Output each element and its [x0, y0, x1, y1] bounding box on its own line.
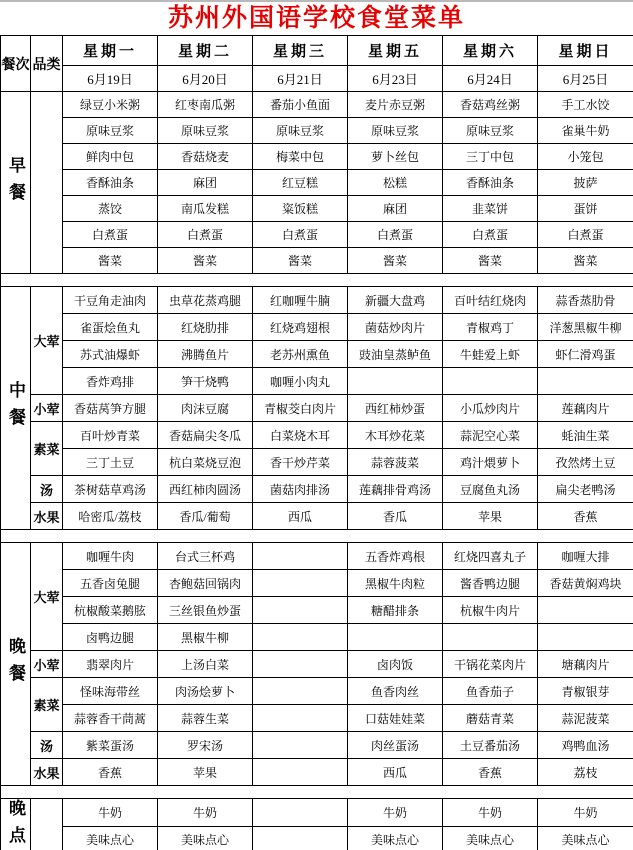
page-title: 苏州外国语学校食堂菜单: [0, 0, 633, 35]
menu-cell: [253, 651, 348, 678]
menu-cell: 蒜蓉生菜: [158, 705, 253, 732]
menu-cell: 香瓜/葡萄: [158, 503, 253, 530]
menu-cell: 蛋饼: [538, 196, 633, 222]
menu-cell: 菌菇炒肉片: [348, 314, 443, 341]
weekday-header: 星期二: [158, 36, 253, 66]
menu-cell: 香菇烧麦: [158, 144, 253, 170]
menu-cell: 新疆大盘鸡: [348, 287, 443, 314]
menu-cell: 原味豆浆: [443, 118, 538, 144]
menu-cell: 蒜蓉菠菜: [348, 449, 443, 476]
menu-cell: 三丝银鱼炒蛋: [158, 597, 253, 624]
menu-cell: 杭椒酸菜鹅胘: [63, 597, 158, 624]
menu-cell: 虾仁滑鸡蛋: [538, 341, 633, 368]
menu-cell: [348, 624, 443, 651]
date-header: 6月25日: [538, 66, 633, 92]
menu-cell: 香菇黄焖鸡块: [538, 570, 633, 597]
menu-cell: 百叶结红烧肉: [443, 287, 538, 314]
menu-cell: 酱菜: [63, 248, 158, 274]
category-label-veg: 素菜: [31, 678, 63, 732]
category-label-soup: 汤: [31, 732, 63, 759]
menu-cell: [253, 678, 348, 705]
menu-cell: 牛奶: [538, 799, 633, 827]
menu-cell: 手工水饺: [538, 92, 633, 118]
date-header: 6月20日: [158, 66, 253, 92]
menu-cell: 西瓜: [253, 503, 348, 530]
menu-cell: 青椒银芽: [538, 678, 633, 705]
menu-cell: 五香卤兔腿: [63, 570, 158, 597]
menu-cell: 塘藕肉片: [538, 651, 633, 678]
menu-cell: 香干炒芹菜: [253, 449, 348, 476]
menu-cell: 酱菜: [443, 248, 538, 274]
menu-cell: 笋干烧鸭: [158, 368, 253, 395]
menu-cell: 鱼香肉丝: [348, 678, 443, 705]
category-label-minor: 小荤: [31, 651, 63, 678]
menu-cell: 鱼香茄子: [443, 678, 538, 705]
menu-cell: 原味豆浆: [63, 118, 158, 144]
menu-cell: 粢饭糕: [253, 196, 348, 222]
menu-cell: 白煮蛋: [538, 222, 633, 248]
menu-cell: 五香炸鸡根: [348, 543, 443, 570]
menu-cell: 怪味海带丝: [63, 678, 158, 705]
menu-cell: 雀蛋烩鱼丸: [63, 314, 158, 341]
menu-cell: 披萨: [538, 170, 633, 196]
category-empty: [31, 799, 63, 850]
category-label-veg: 素菜: [31, 422, 63, 476]
menu-cell: 西红柿炒蛋: [348, 395, 443, 422]
menu-cell: 卤鸭边腿: [63, 624, 158, 651]
meal-label-dinner: 晚餐: [1, 543, 31, 786]
menu-cell: 台式三杯鸡: [158, 543, 253, 570]
category-label-main: 大荤: [31, 287, 63, 395]
menu-cell: 香菇鸡丝粥: [443, 92, 538, 118]
menu-cell: 绿豆小米粥: [63, 92, 158, 118]
menu-cell: 蒜蓉香干茼蒿: [63, 705, 158, 732]
menu-cell: 肉丝蛋汤: [348, 732, 443, 759]
menu-cell: 三丁中包: [443, 144, 538, 170]
meal-label-lunch: 中餐: [1, 287, 31, 530]
menu-cell: 黑椒牛肉粒: [348, 570, 443, 597]
weekday-header: 星期一: [63, 36, 158, 66]
dinner-row: 水果香蕉苹果西瓜香蕉荔枝: [1, 759, 633, 786]
menu-cell: 原味豆浆: [253, 118, 348, 144]
menu-cell: 香酥油条: [63, 170, 158, 196]
menu-cell: [538, 624, 633, 651]
menu-cell: 蘑菇青菜: [443, 705, 538, 732]
menu-cell: 西瓜: [348, 759, 443, 786]
menu-cell: 糖醋排条: [348, 597, 443, 624]
menu-cell: 香炸鸡排: [63, 368, 158, 395]
menu-cell: 豉油皇蒸鲈鱼: [348, 341, 443, 368]
menu-cell: 苹果: [443, 503, 538, 530]
menu-cell: [253, 570, 348, 597]
menu-cell: 西红柿肉圆汤: [158, 476, 253, 503]
menu-cell: 干豆角走油肉: [63, 287, 158, 314]
menu-cell: 萝卜丝包: [348, 144, 443, 170]
weekday-header: 星期三: [253, 36, 348, 66]
breakfast-row: 原味豆浆原味豆浆原味豆浆原味豆浆原味豆浆雀巢牛奶: [1, 118, 633, 144]
menu-cell: 香蕉: [538, 503, 633, 530]
menu-cell: 酱菜: [538, 248, 633, 274]
date-header: 6月23日: [348, 66, 443, 92]
menu-cell: 美味点心: [538, 826, 633, 850]
menu-cell: 咖喱大排: [538, 543, 633, 570]
menu-cell: 莲藕排骨鸡汤: [348, 476, 443, 503]
menu-cell: 美味点心: [348, 826, 443, 850]
menu-cell: 虫草花蒸鸡腿: [158, 287, 253, 314]
menu-cell: [348, 368, 443, 395]
menu-cell: 蒜泥空心菜: [443, 422, 538, 449]
menu-cell: 香酥油条: [443, 170, 538, 196]
menu-cell: [253, 624, 348, 651]
breakfast-row: 鲜肉中包香菇烧麦梅菜中包萝卜丝包三丁中包小笼包: [1, 144, 633, 170]
section-separator: [1, 274, 633, 287]
menu-cell: 牛奶: [443, 799, 538, 827]
dinner-row: 蒜蓉香干茼蒿蒜蓉生菜口菇娃娃菜蘑菇青菜蒜泥菠菜: [1, 705, 633, 732]
category-label-soup: 汤: [31, 476, 63, 503]
menu-cell: 蒸饺: [63, 196, 158, 222]
dinner-row: 晚餐大荤咖喱牛肉台式三杯鸡五香炸鸡根红烧四喜丸子咖喱大排: [1, 543, 633, 570]
menu-cell: 白煮蛋: [158, 222, 253, 248]
menu-cell: 原味豆浆: [348, 118, 443, 144]
menu-cell: 牛奶: [63, 799, 158, 827]
menu-cell: 红烧肋排: [158, 314, 253, 341]
menu-cell: 口菇娃娃菜: [348, 705, 443, 732]
date-header: 6月21日: [253, 66, 348, 92]
menu-table: 餐次 品类 星期一 星期二 星期三 星期五 星期六 星期日 6月19日 6月20…: [0, 35, 633, 850]
lunch-row: 汤茶树菇草鸡汤西红柿肉圆汤菌菇肉排汤莲藕排骨鸡汤豆腐鱼丸汤扁尖老鸭汤: [1, 476, 633, 503]
menu-cell: 香瓜: [348, 503, 443, 530]
menu-cell: 红烧鸡翅根: [253, 314, 348, 341]
snack-row: 美味点心美味点心美味点心美味点心美味点心: [1, 826, 633, 850]
menu-cell: 牛奶: [158, 799, 253, 827]
menu-cell: [538, 597, 633, 624]
lunch-row: 三丁土豆杭白菜烧豆泡香干炒芹菜蒜蓉菠菜鸡汁煨萝卜孜然烤土豆: [1, 449, 633, 476]
menu-cell: 茶树菇草鸡汤: [63, 476, 158, 503]
menu-cell: 荔枝: [538, 759, 633, 786]
dinner-row: 杭椒酸菜鹅胘三丝银鱼炒蛋糖醋排条杭椒牛肉片: [1, 597, 633, 624]
menu-cell: 红烧四喜丸子: [443, 543, 538, 570]
menu-cell: 雀巢牛奶: [538, 118, 633, 144]
menu-cell: 苏式油爆虾: [63, 341, 158, 368]
menu-cell: 咖喱小肉丸: [253, 368, 348, 395]
menu-cell: 香蕉: [63, 759, 158, 786]
menu-cell: 香菇扁尖冬瓜: [158, 422, 253, 449]
breakfast-row: 早餐绿豆小米粥红枣南瓜粥番茄小鱼面麦片赤豆粥香菇鸡丝粥手工水饺: [1, 92, 633, 118]
menu-cell: 南瓜发糕: [158, 196, 253, 222]
menu-cell: 鸡鸭血汤: [538, 732, 633, 759]
category-empty: [31, 92, 63, 274]
menu-cell: [443, 368, 538, 395]
menu-cell: 原味豆浆: [158, 118, 253, 144]
corner-category-label: 品类: [31, 36, 63, 92]
date-header: 6月24日: [443, 66, 538, 92]
menu-cell: 韭菜饼: [443, 196, 538, 222]
category-label-fruit: 水果: [31, 503, 63, 530]
menu-cell: 紫菜蛋汤: [63, 732, 158, 759]
menu-cell: 红豆糕: [253, 170, 348, 196]
menu-cell: 扁尖老鸭汤: [538, 476, 633, 503]
menu-cell: 蒜泥菠菜: [538, 705, 633, 732]
menu-cell: 松糕: [348, 170, 443, 196]
lunch-row: 苏式油爆虾沸腾鱼片老苏州熏鱼豉油皇蒸鲈鱼牛蛙爱上虾虾仁滑鸡蛋: [1, 341, 633, 368]
menu-cell: 白煮蛋: [443, 222, 538, 248]
dinner-row: 汤紫菜蛋汤罗宋汤肉丝蛋汤土豆番茄汤鸡鸭血汤: [1, 732, 633, 759]
menu-cell: 麻团: [158, 170, 253, 196]
menu-cell: 蚝油生菜: [538, 422, 633, 449]
menu-cell: 小笼包: [538, 144, 633, 170]
menu-cell: 美味点心: [158, 826, 253, 850]
menu-cell: 香菇莴笋方腿: [63, 395, 158, 422]
menu-cell: 青椒鸡丁: [443, 314, 538, 341]
category-label-fruit: 水果: [31, 759, 63, 786]
menu-cell: 沸腾鱼片: [158, 341, 253, 368]
menu-cell: [253, 799, 348, 827]
menu-cell: 红咖喱牛腩: [253, 287, 348, 314]
menu-cell: 白煮蛋: [253, 222, 348, 248]
menu-cell: 麦片赤豆粥: [348, 92, 443, 118]
section-separator: [1, 530, 633, 543]
menu-cell: [253, 705, 348, 732]
menu-cell: 百叶炒青菜: [63, 422, 158, 449]
lunch-row: 香炸鸡排笋干烧鸭咖喱小肉丸: [1, 368, 633, 395]
category-label-minor: 小荤: [31, 395, 63, 422]
menu-cell: 三丁土豆: [63, 449, 158, 476]
menu-cell: 麻团: [348, 196, 443, 222]
lunch-row: 小荤香菇莴笋方腿肉沫豆腐青椒茭白肉片西红柿炒蛋小瓜炒肉片莲藕肉片: [1, 395, 633, 422]
menu-cell: 酱菜: [253, 248, 348, 274]
menu-cell: 老苏州熏鱼: [253, 341, 348, 368]
menu-cell: 酱香鸭边腿: [443, 570, 538, 597]
corner-meal-label: 餐次: [1, 36, 31, 92]
menu-cell: [253, 543, 348, 570]
menu-cell: 小瓜炒肉片: [443, 395, 538, 422]
menu-cell: 鲜肉中包: [63, 144, 158, 170]
dinner-row: 五香卤兔腿杏鲍菇回锅肉黑椒牛肉粒酱香鸭边腿香菇黄焖鸡块: [1, 570, 633, 597]
menu-cell: [253, 732, 348, 759]
menu-cell: 苹果: [158, 759, 253, 786]
weekday-header: 星期五: [348, 36, 443, 66]
separator-cell: [1, 530, 633, 543]
menu-cell: [253, 597, 348, 624]
weekday-header: 星期六: [443, 36, 538, 66]
menu-cell: 杭白菜烧豆泡: [158, 449, 253, 476]
menu-cell: 酱菜: [158, 248, 253, 274]
weekday-header-row: 餐次 品类 星期一 星期二 星期三 星期五 星期六 星期日: [1, 36, 633, 66]
menu-cell: 美味点心: [443, 826, 538, 850]
menu-cell: 梅菜中包: [253, 144, 348, 170]
category-label-main: 大荤: [31, 543, 63, 651]
menu-cell: 土豆番茄汤: [443, 732, 538, 759]
menu-cell: 番茄小鱼面: [253, 92, 348, 118]
breakfast-row: 酱菜酱菜酱菜酱菜酱菜酱菜: [1, 248, 633, 274]
menu-cell: 肉汤烩萝卜: [158, 678, 253, 705]
date-header: 6月19日: [63, 66, 158, 92]
menu-cell: 牛蛙爱上虾: [443, 341, 538, 368]
breakfast-row: 白煮蛋白煮蛋白煮蛋白煮蛋白煮蛋白煮蛋: [1, 222, 633, 248]
lunch-row: 水果哈密瓜/荔枝香瓜/葡萄西瓜香瓜苹果香蕉: [1, 503, 633, 530]
menu-cell: 上汤白菜: [158, 651, 253, 678]
menu-cell: 酱菜: [348, 248, 443, 274]
menu-cell: 菌菇肉排汤: [253, 476, 348, 503]
menu-cell: 牛奶: [348, 799, 443, 827]
snack-row: 晚点牛奶牛奶牛奶牛奶牛奶: [1, 799, 633, 827]
menu-cell: 莲藕肉片: [538, 395, 633, 422]
menu-cell: 干锅花菜肉片: [443, 651, 538, 678]
menu-cell: [443, 624, 538, 651]
menu-cell: 红枣南瓜粥: [158, 92, 253, 118]
dinner-row: 素菜怪味海带丝肉汤烩萝卜鱼香肉丝鱼香茄子青椒银芽: [1, 678, 633, 705]
breakfast-row: 香酥油条麻团红豆糕松糕香酥油条披萨: [1, 170, 633, 196]
menu-cell: 肉沫豆腐: [158, 395, 253, 422]
dinner-row: 卤鸭边腿黑椒牛柳: [1, 624, 633, 651]
lunch-row: 中餐大荤干豆角走油肉虫草花蒸鸡腿红咖喱牛腩新疆大盘鸡百叶结红烧肉蒜香蒸肋骨: [1, 287, 633, 314]
separator-cell: [1, 786, 633, 799]
menu-cell: 美味点心: [63, 826, 158, 850]
menu-cell: 木耳炒花菜: [348, 422, 443, 449]
menu-cell: 罗宋汤: [158, 732, 253, 759]
menu-cell: 鸡汁煨萝卜: [443, 449, 538, 476]
dinner-row: 小荤翡翠肉片上汤白菜卤肉饭干锅花菜肉片塘藕肉片: [1, 651, 633, 678]
date-header-row: 6月19日 6月20日 6月21日 6月23日 6月24日 6月25日: [1, 66, 633, 92]
menu-cell: 孜然烤土豆: [538, 449, 633, 476]
lunch-row: 雀蛋烩鱼丸红烧肋排红烧鸡翅根菌菇炒肉片青椒鸡丁洋葱黑椒牛柳: [1, 314, 633, 341]
menu-cell: [253, 759, 348, 786]
menu-cell: 翡翠肉片: [63, 651, 158, 678]
menu-cell: 香蕉: [443, 759, 538, 786]
menu-cell: 杭椒牛肉片: [443, 597, 538, 624]
menu-cell: [538, 368, 633, 395]
breakfast-row: 蒸饺南瓜发糕粢饭糕麻团韭菜饼蛋饼: [1, 196, 633, 222]
menu-cell: 卤肉饭: [348, 651, 443, 678]
menu-cell: 白菜烧木耳: [253, 422, 348, 449]
menu-cell: 白煮蛋: [348, 222, 443, 248]
menu-cell: 青椒茭白肉片: [253, 395, 348, 422]
separator-cell: [1, 274, 633, 287]
menu-cell: [253, 826, 348, 850]
menu-sheet: 苏州外国语学校食堂菜单 餐次 品类 星期一 星期二 星期三 星期五 星期六 星期…: [0, 0, 633, 850]
meal-label-snack: 晚点: [1, 799, 31, 850]
menu-cell: 豆腐鱼丸汤: [443, 476, 538, 503]
section-separator: [1, 786, 633, 799]
menu-cell: 黑椒牛柳: [158, 624, 253, 651]
menu-cell: 咖喱牛肉: [63, 543, 158, 570]
weekday-header: 星期日: [538, 36, 633, 66]
menu-cell: 蒜香蒸肋骨: [538, 287, 633, 314]
menu-cell: 洋葱黑椒牛柳: [538, 314, 633, 341]
lunch-row: 素菜百叶炒青菜香菇扁尖冬瓜白菜烧木耳木耳炒花菜蒜泥空心菜蚝油生菜: [1, 422, 633, 449]
menu-cell: 白煮蛋: [63, 222, 158, 248]
menu-cell: 杏鲍菇回锅肉: [158, 570, 253, 597]
meal-label-breakfast: 早餐: [1, 92, 31, 274]
menu-cell: 哈密瓜/荔枝: [63, 503, 158, 530]
